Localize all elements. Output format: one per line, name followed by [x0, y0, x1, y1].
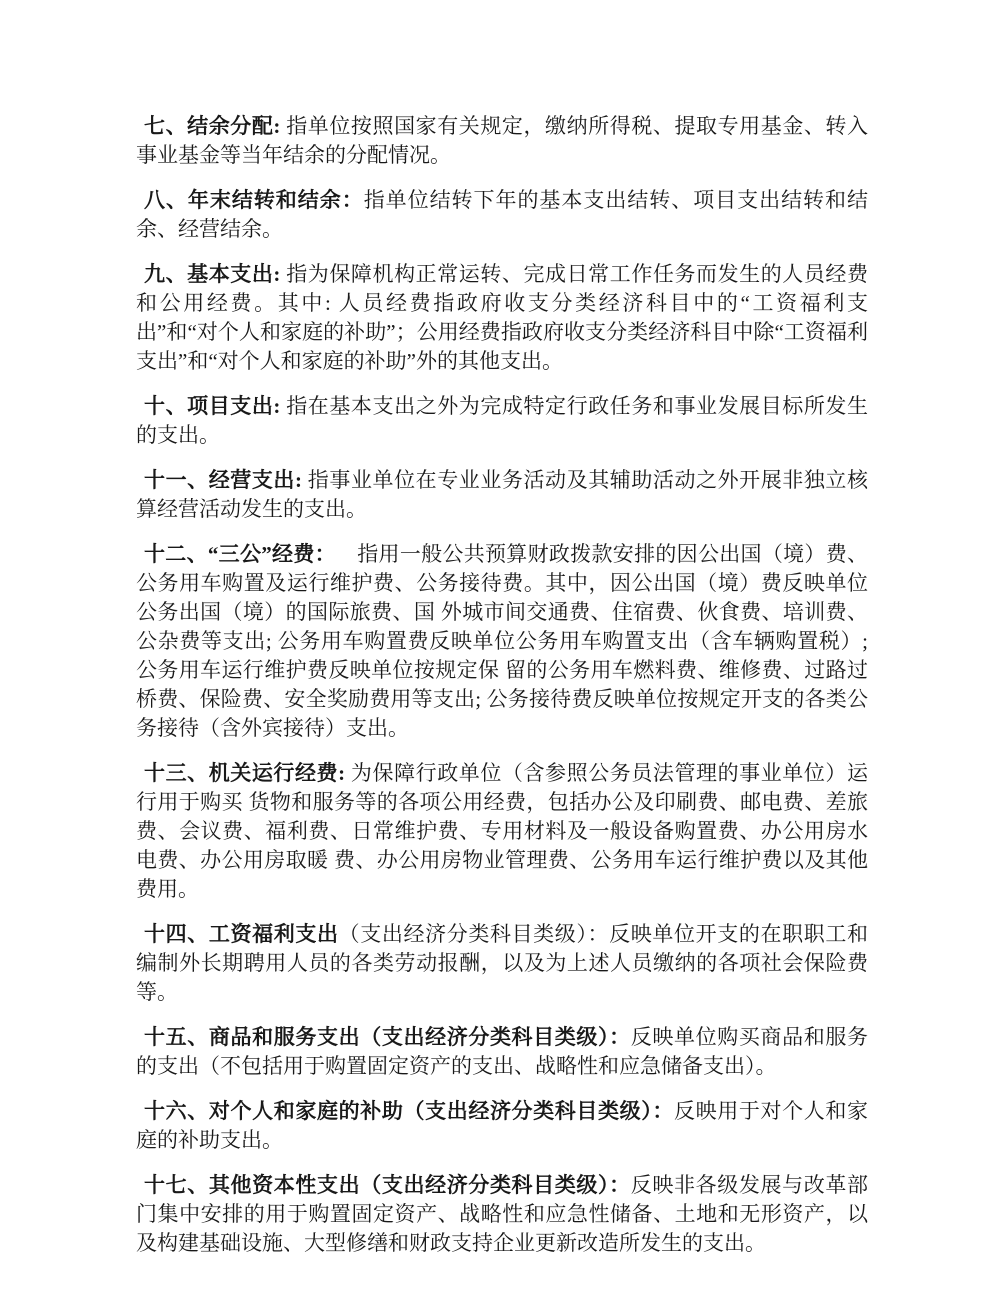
term-label: 十、项目支出:: [144, 394, 280, 418]
definition-paragraph-9: 九、基本支出: 指为保障机构正常运转、完成日常工作任务而发生的人员经费和公用经费…: [136, 260, 868, 376]
term-label: 九、基本支出:: [144, 262, 280, 286]
definition-paragraph-8: 八、年末结转和结余：指单位结转下年的基本支出结转、项目支出结转和结余、经营结余。: [136, 186, 868, 244]
term-label: 十三、机关运行经费:: [144, 761, 345, 785]
term-label: 十七、其他资本性支出（支出经济分类科目类级）：: [144, 1173, 631, 1197]
term-label: 十六、对个人和家庭的补助（支出经济分类科目类级）：: [144, 1099, 674, 1123]
definition-paragraph-14: 十四、工资福利支出（支出经济分类科目类级）：反映单位开支的在职职工和编制外长期聘…: [136, 920, 868, 1007]
definition-paragraph-10: 十、项目支出: 指在基本支出之外为完成特定行政任务和事业发展目标所发生的支出。: [136, 392, 868, 450]
term-label: 八、年末结转和结余：: [144, 188, 364, 212]
definition-paragraph-12: 十二、“三公”经费： 指用一般公共预算财政拨款安排的因公出国（境）费、公务用车购…: [136, 540, 868, 743]
term-label: 十四、工资福利支出: [144, 922, 339, 946]
definition-paragraph-7: 七、结余分配: 指单位按照国家有关规定，缴纳所得税、提取专用基金、转入事业基金等…: [136, 112, 868, 170]
definition-paragraph-13: 十三、机关运行经费: 为保障行政单位（含参照公务员法管理的事业单位）运行用于购买…: [136, 759, 868, 904]
document-page: 七、结余分配: 指单位按照国家有关规定，缴纳所得税、提取专用基金、转入事业基金等…: [0, 0, 1000, 1304]
definition-paragraph-16: 十六、对个人和家庭的补助（支出经济分类科目类级）：反映用于对个人和家庭的补助支出…: [136, 1097, 868, 1155]
term-label: 十五、商品和服务支出（支出经济分类科目类级）：: [144, 1025, 631, 1049]
definition-paragraph-15: 十五、商品和服务支出（支出经济分类科目类级）：反映单位购买商品和服务的支出（不包…: [136, 1023, 868, 1081]
definition-paragraph-11: 十一、经营支出: 指事业单位在专业业务活动及其辅助活动之外开展非独立核算经营活动…: [136, 466, 868, 524]
term-label: 十一、经营支出:: [144, 468, 302, 492]
definition-paragraph-17: 十七、其他资本性支出（支出经济分类科目类级）：反映非各级发展与改革部门集中安排的…: [136, 1171, 868, 1258]
definition-text: 指用一般公共预算财政拨款安排的因公出国（境）费、公务用车购置及运行维护费、公务接…: [136, 542, 868, 740]
term-label: 十二、“三公”经费：: [144, 542, 336, 566]
term-label: 七、结余分配:: [144, 114, 280, 138]
